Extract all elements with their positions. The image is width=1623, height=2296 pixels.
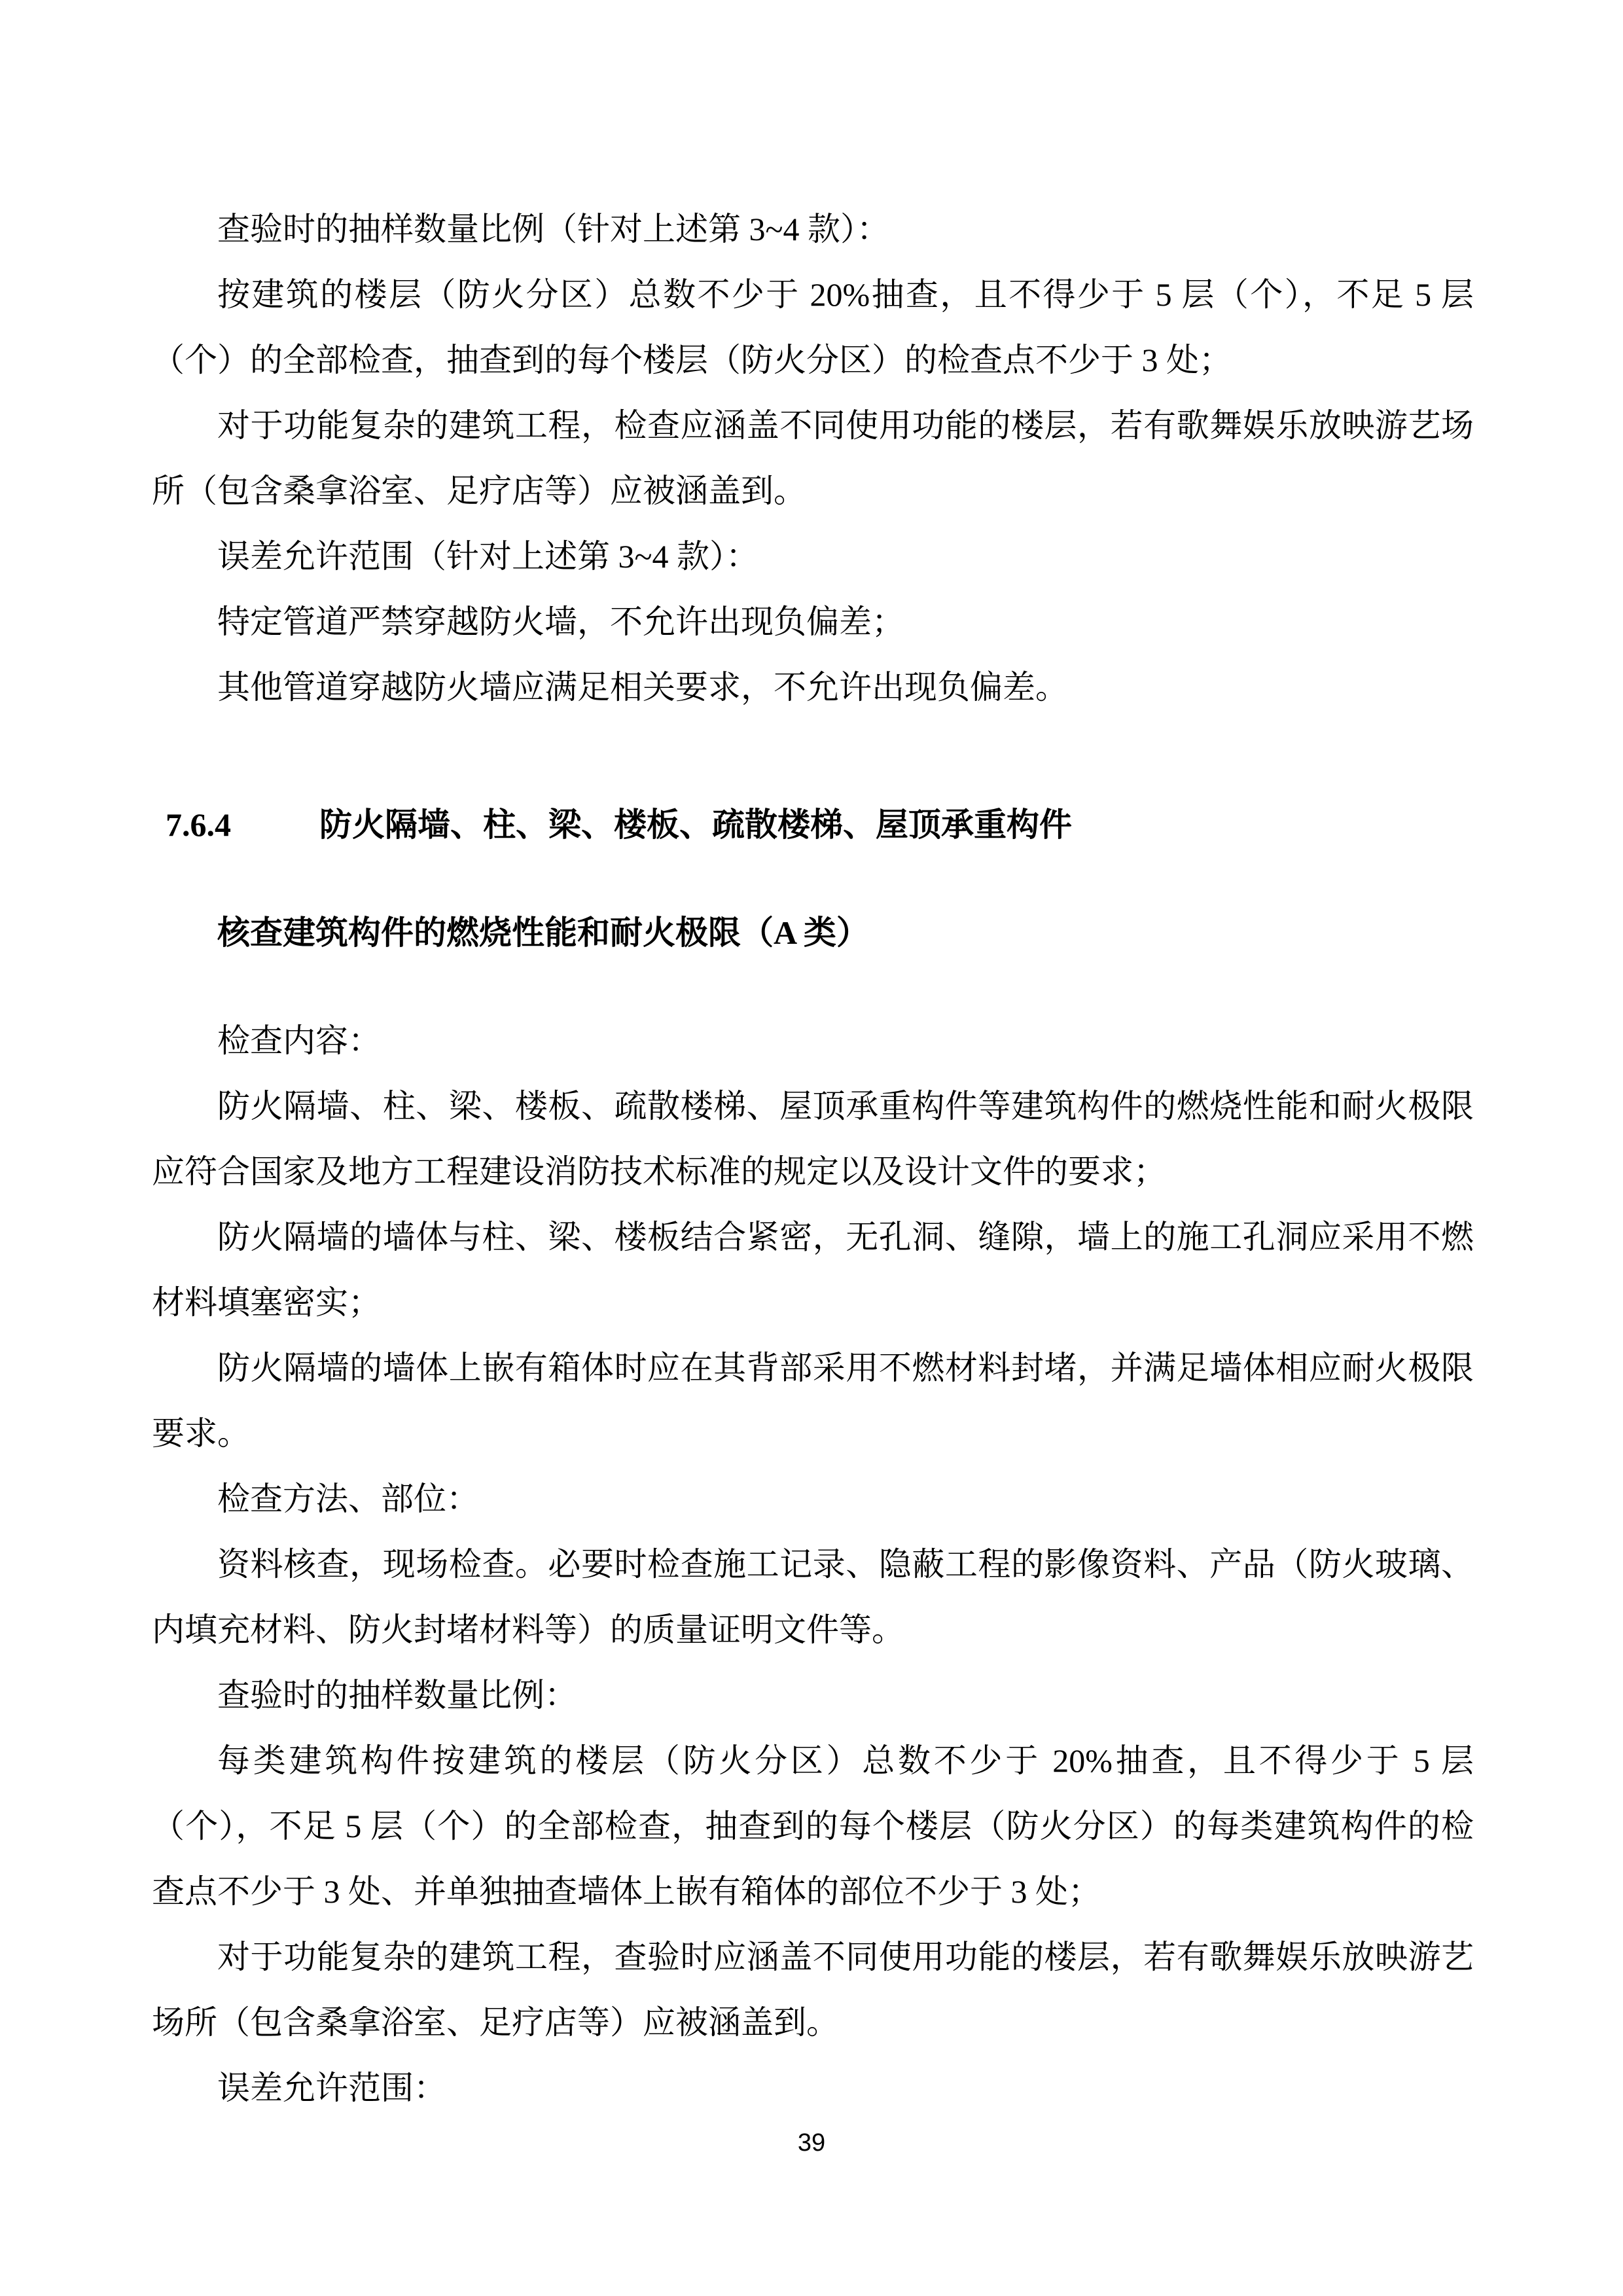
section-title: 防火隔墙、柱、梁、楼板、疏散楼梯、屋顶承重构件 — [152, 792, 1072, 857]
document-text: 查验时的抽样数量比例（针对上述第 3~4 款）： 按建筑的楼层（防火分区）总数不… — [152, 196, 1474, 2121]
paragraph: 特定管道严禁穿越防火墙，不允许出现负偏差； — [152, 589, 1474, 655]
paragraph: 每类建筑构件按建筑的楼层（防火分区）总数不少于 20%抽查，且不得少于 5 层（… — [152, 1728, 1474, 1924]
paragraph: 对于功能复杂的建筑工程，检查应涵盖不同使用功能的楼层，若有歌舞娱乐放映游艺场所（… — [152, 393, 1474, 524]
document-page: 查验时的抽样数量比例（针对上述第 3~4 款）： 按建筑的楼层（防火分区）总数不… — [0, 0, 1623, 2296]
paragraph: 检查内容： — [152, 1008, 1474, 1073]
section-subheading: 核查建筑构件的燃烧性能和耐火极限（A 类） — [152, 900, 1474, 965]
paragraph: 按建筑的楼层（防火分区）总数不少于 20%抽查，且不得少于 5 层（个），不足 … — [152, 262, 1474, 393]
paragraph: 资料核查，现场检查。必要时检查施工记录、隐蔽工程的影像资料、产品（防火玻璃、内填… — [152, 1532, 1474, 1662]
paragraph: 防火隔墙的墙体与柱、梁、楼板结合紧密，无孔洞、缝隙，墙上的施工孔洞应采用不燃材料… — [152, 1204, 1474, 1335]
paragraph: 对于功能复杂的建筑工程，查验时应涵盖不同使用功能的楼层，若有歌舞娱乐放映游艺场所… — [152, 1924, 1474, 2055]
section-number: 7.6.4 — [166, 792, 231, 857]
paragraph: 检查方法、部位： — [152, 1466, 1474, 1532]
paragraph: 防火隔墙、柱、梁、楼板、疏散楼梯、屋顶承重构件等建筑构件的燃烧性能和耐火极限应符… — [152, 1073, 1474, 1204]
paragraph: 误差允许范围： — [152, 2055, 1474, 2121]
paragraph: 其他管道穿越防火墙应满足相关要求，不允许出现负偏差。 — [152, 655, 1474, 720]
paragraph: 查验时的抽样数量比例： — [152, 1662, 1474, 1728]
paragraph: 查验时的抽样数量比例（针对上述第 3~4 款）： — [152, 196, 1474, 262]
section-heading: 7.6.4 防火隔墙、柱、梁、楼板、疏散楼梯、屋顶承重构件 — [152, 792, 1474, 857]
paragraph: 误差允许范围（针对上述第 3~4 款）： — [152, 524, 1474, 589]
page-number: 39 — [0, 2128, 1623, 2157]
paragraph: 防火隔墙的墙体上嵌有箱体时应在其背部采用不燃材料封堵，并满足墙体相应耐火极限要求… — [152, 1335, 1474, 1466]
